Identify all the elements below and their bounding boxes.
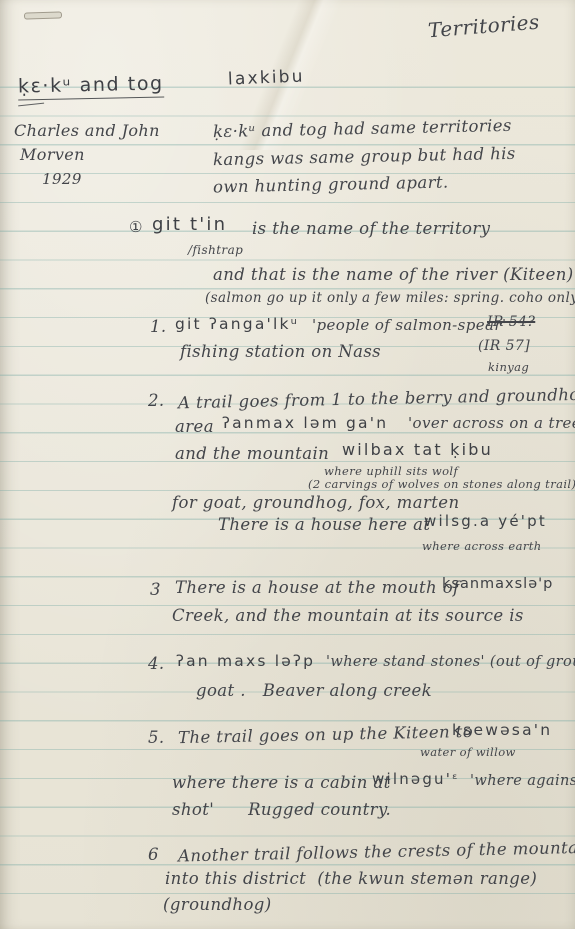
item2-mountain-name: wilbax tat ḳibu: [342, 442, 493, 459]
item2-house-line: There is a house here at: [218, 516, 430, 533]
section1-description: is the name of the territory: [252, 220, 490, 237]
item2-place-name-anmax: ʔanmax ləm ga'n: [222, 415, 388, 431]
section1-river-line: and that is the name of the river (Kitee…: [213, 266, 574, 283]
item2-gloss-carvings: (2 carvings of wolves on stones along tr…: [308, 478, 575, 490]
item1-reserve-label: kinyag: [488, 361, 529, 373]
item1-reserve-number: (IR 57]: [478, 339, 530, 354]
item2-line-3-prefix: and the mountain: [175, 445, 329, 462]
item2-number: 2.: [148, 392, 165, 409]
margin-note-surname: Morven: [20, 147, 85, 164]
item4-place-name: ʔan maxs ləʔp: [176, 653, 315, 669]
section1-place-name: git t'in: [152, 216, 227, 235]
item5-gloss-willow: water of willow: [420, 746, 516, 758]
item6-number: 6: [148, 846, 159, 863]
heading-term: ḳɛ·kᵘ and tog: [18, 74, 164, 100]
item5-cabin-line: where there is a cabin at: [172, 774, 391, 791]
item3-line-2: Creek, and the mountain at its source is: [172, 607, 524, 624]
item1-fishing-station-line: fishing station on Nass: [180, 343, 381, 360]
margin-note-names: Charles and John: [14, 123, 160, 140]
item4-animals-line: goat . Beaver along creek: [196, 682, 432, 699]
item6-line-3: (groundhog): [163, 896, 272, 913]
item5-gloss-against: 'where against: [470, 774, 575, 789]
section1-circled-marker: ①: [129, 220, 143, 236]
item3-line-1: There is a house at the mouth of: [175, 579, 460, 596]
item1-reserve-number-struck: IR 54?: [487, 315, 535, 330]
item3-number: 3: [150, 581, 161, 598]
section1-gloss-fishtrap: /fishtrap: [188, 244, 243, 257]
item2-gloss-across-earth: where across earth: [422, 540, 542, 552]
item5-cabin-place-name: wilnəgu'ᵋ: [372, 772, 460, 788]
item3-creek-name: ksanmaxslə'p: [442, 577, 553, 592]
margin-note-year: 1929: [42, 172, 82, 188]
scanned-notebook-page: { "page": { "title": "Territories" }, "h…: [0, 0, 575, 929]
item1-number: 1.: [150, 318, 167, 335]
item5-place-name-ksewsan: ksewəsa'n: [452, 722, 552, 738]
heading-term-secondary: laxkibu: [228, 69, 305, 90]
item5-rugged-line: shot' Rugged country.: [172, 801, 391, 818]
item5-number: 5.: [148, 729, 165, 746]
section1-salmon-note: (salmon go up it only a few miles: sprin…: [205, 291, 575, 305]
item2-gloss-wolf: where uphill sits wolf: [324, 465, 458, 477]
item2-animals-line: for goat, groundhog, fox, marten: [172, 494, 459, 511]
item1-gloss: 'people of salmon-spear': [312, 318, 506, 334]
item4-number: 4.: [148, 655, 165, 672]
item2-line-2-prefix: area: [175, 418, 214, 435]
item2-house-place-name: wilsg.a yé'pt: [424, 514, 547, 530]
item2-gloss-over-across: 'over across on a tree'?: [408, 416, 575, 432]
item6-line-2: into this district (the kwun stemən rang…: [165, 870, 537, 887]
item4-gloss: 'where stand stones' (out of ground): [326, 655, 575, 670]
staple-mark: [24, 11, 62, 19]
item1-place-name: git ʔanga'lkᵘ: [175, 316, 299, 332]
